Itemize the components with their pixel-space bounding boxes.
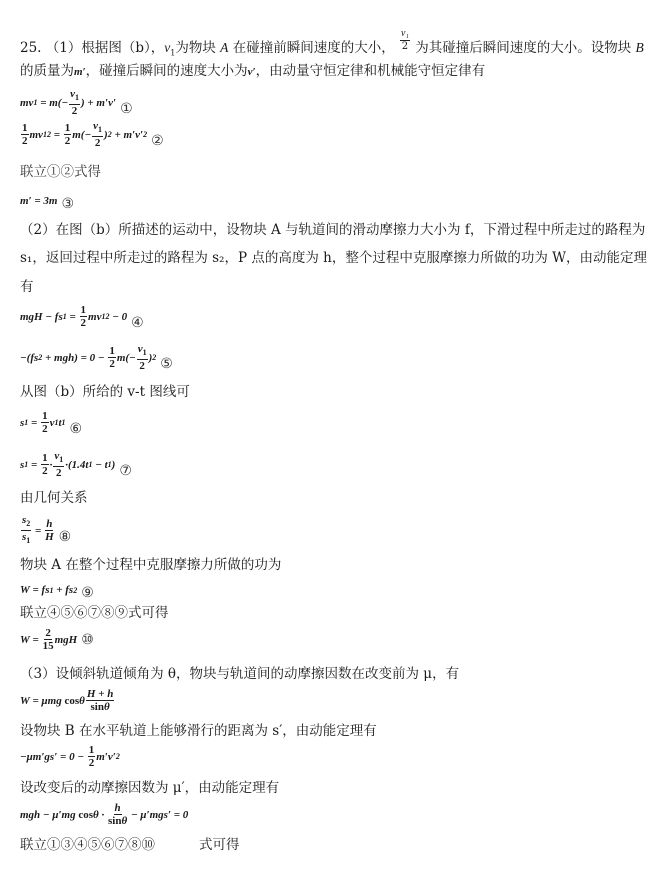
equation-2: 12mv12 = 12m(−v12)2 + m′v′2 ② — [20, 120, 164, 149]
part2-line1: （2）在图（b）所描述的运动中，设物块 A 与轨道间的滑动摩擦力大小为 f，下滑… — [20, 221, 645, 239]
part3-line1: （3）设倾斜轨道倾角为 θ，物块与轨道间的动摩擦因数在改变前为 μ，有 — [20, 665, 459, 683]
equation-1: mv1 = m(−v12) + m′v′ ① — [20, 88, 133, 117]
equation-b-slide: −μm′gs′ = 0 − 12m′v′2 — [20, 744, 120, 769]
vt-graph-text: 从图（b）所给的 v-t 图线可 — [20, 383, 190, 401]
equation-mu-prime: mgh − μ′mg cosθ · hsinθ − μ′mgs′ = 0 — [20, 802, 188, 827]
equation-7: s1 = 12·v12·(1.4t1 − t1) ⑦ — [20, 450, 132, 479]
geometry-text: 由几何关系 — [20, 489, 88, 507]
equation-5: −(fs2 + mgh) = 0 − 12m(−v12)2 ⑤ — [20, 343, 173, 372]
equation-w-theta: W = μmg cosθH + hsinθ — [20, 688, 115, 713]
equation-8: s2s1 = hH ⑧ — [20, 514, 71, 547]
part2-line3: 有 — [20, 278, 34, 296]
problem-number: 25. — [20, 40, 41, 56]
part1-line2: 的质量为m′，碰撞后瞬间的速度大小为v′，由动量守恒定律和机械能守恒定律有 — [20, 62, 485, 81]
combine-1-2: 联立①②式得 — [20, 163, 101, 181]
fraction-v1-over-2: v₁2 — [400, 28, 410, 53]
part3-line2: 设物块 B 在水平轨道上能够滑行的距离为 s′，由动能定理有 — [20, 722, 377, 740]
combine-4-9: 联立④⑤⑥⑦⑧⑨式可得 — [20, 604, 169, 622]
work-text: 物块 A 在整个过程中克服摩擦力所做的功为 — [20, 556, 281, 574]
equation-6: s1 = 12v1t1 ⑥ — [20, 410, 82, 435]
equation-10: W = 215mgH ⑩ — [20, 627, 94, 652]
equation-9: W = fs1 + fs2 ⑨ — [20, 582, 94, 598]
equation-4: mgH − fs1 = 12mv12 − 0 ④ — [20, 304, 144, 329]
part3-line3: 设改变后的动摩擦因数为 μ′，由动能定理有 — [20, 779, 279, 797]
part1-line1: 25. （1）根据图（b），v1为物块 A 在碰撞前瞬间速度的大小， v₁2 为… — [20, 36, 644, 63]
equation-3: m′ = 3m③ — [20, 193, 74, 209]
part2-line2: s₁，返回过程中所走过的路程为 s₂，P 点的高度为 h，整个过程中克服摩擦力所… — [20, 249, 647, 267]
combine-final: 联立①③④⑤⑥⑦⑧⑩式可得 — [20, 836, 240, 854]
